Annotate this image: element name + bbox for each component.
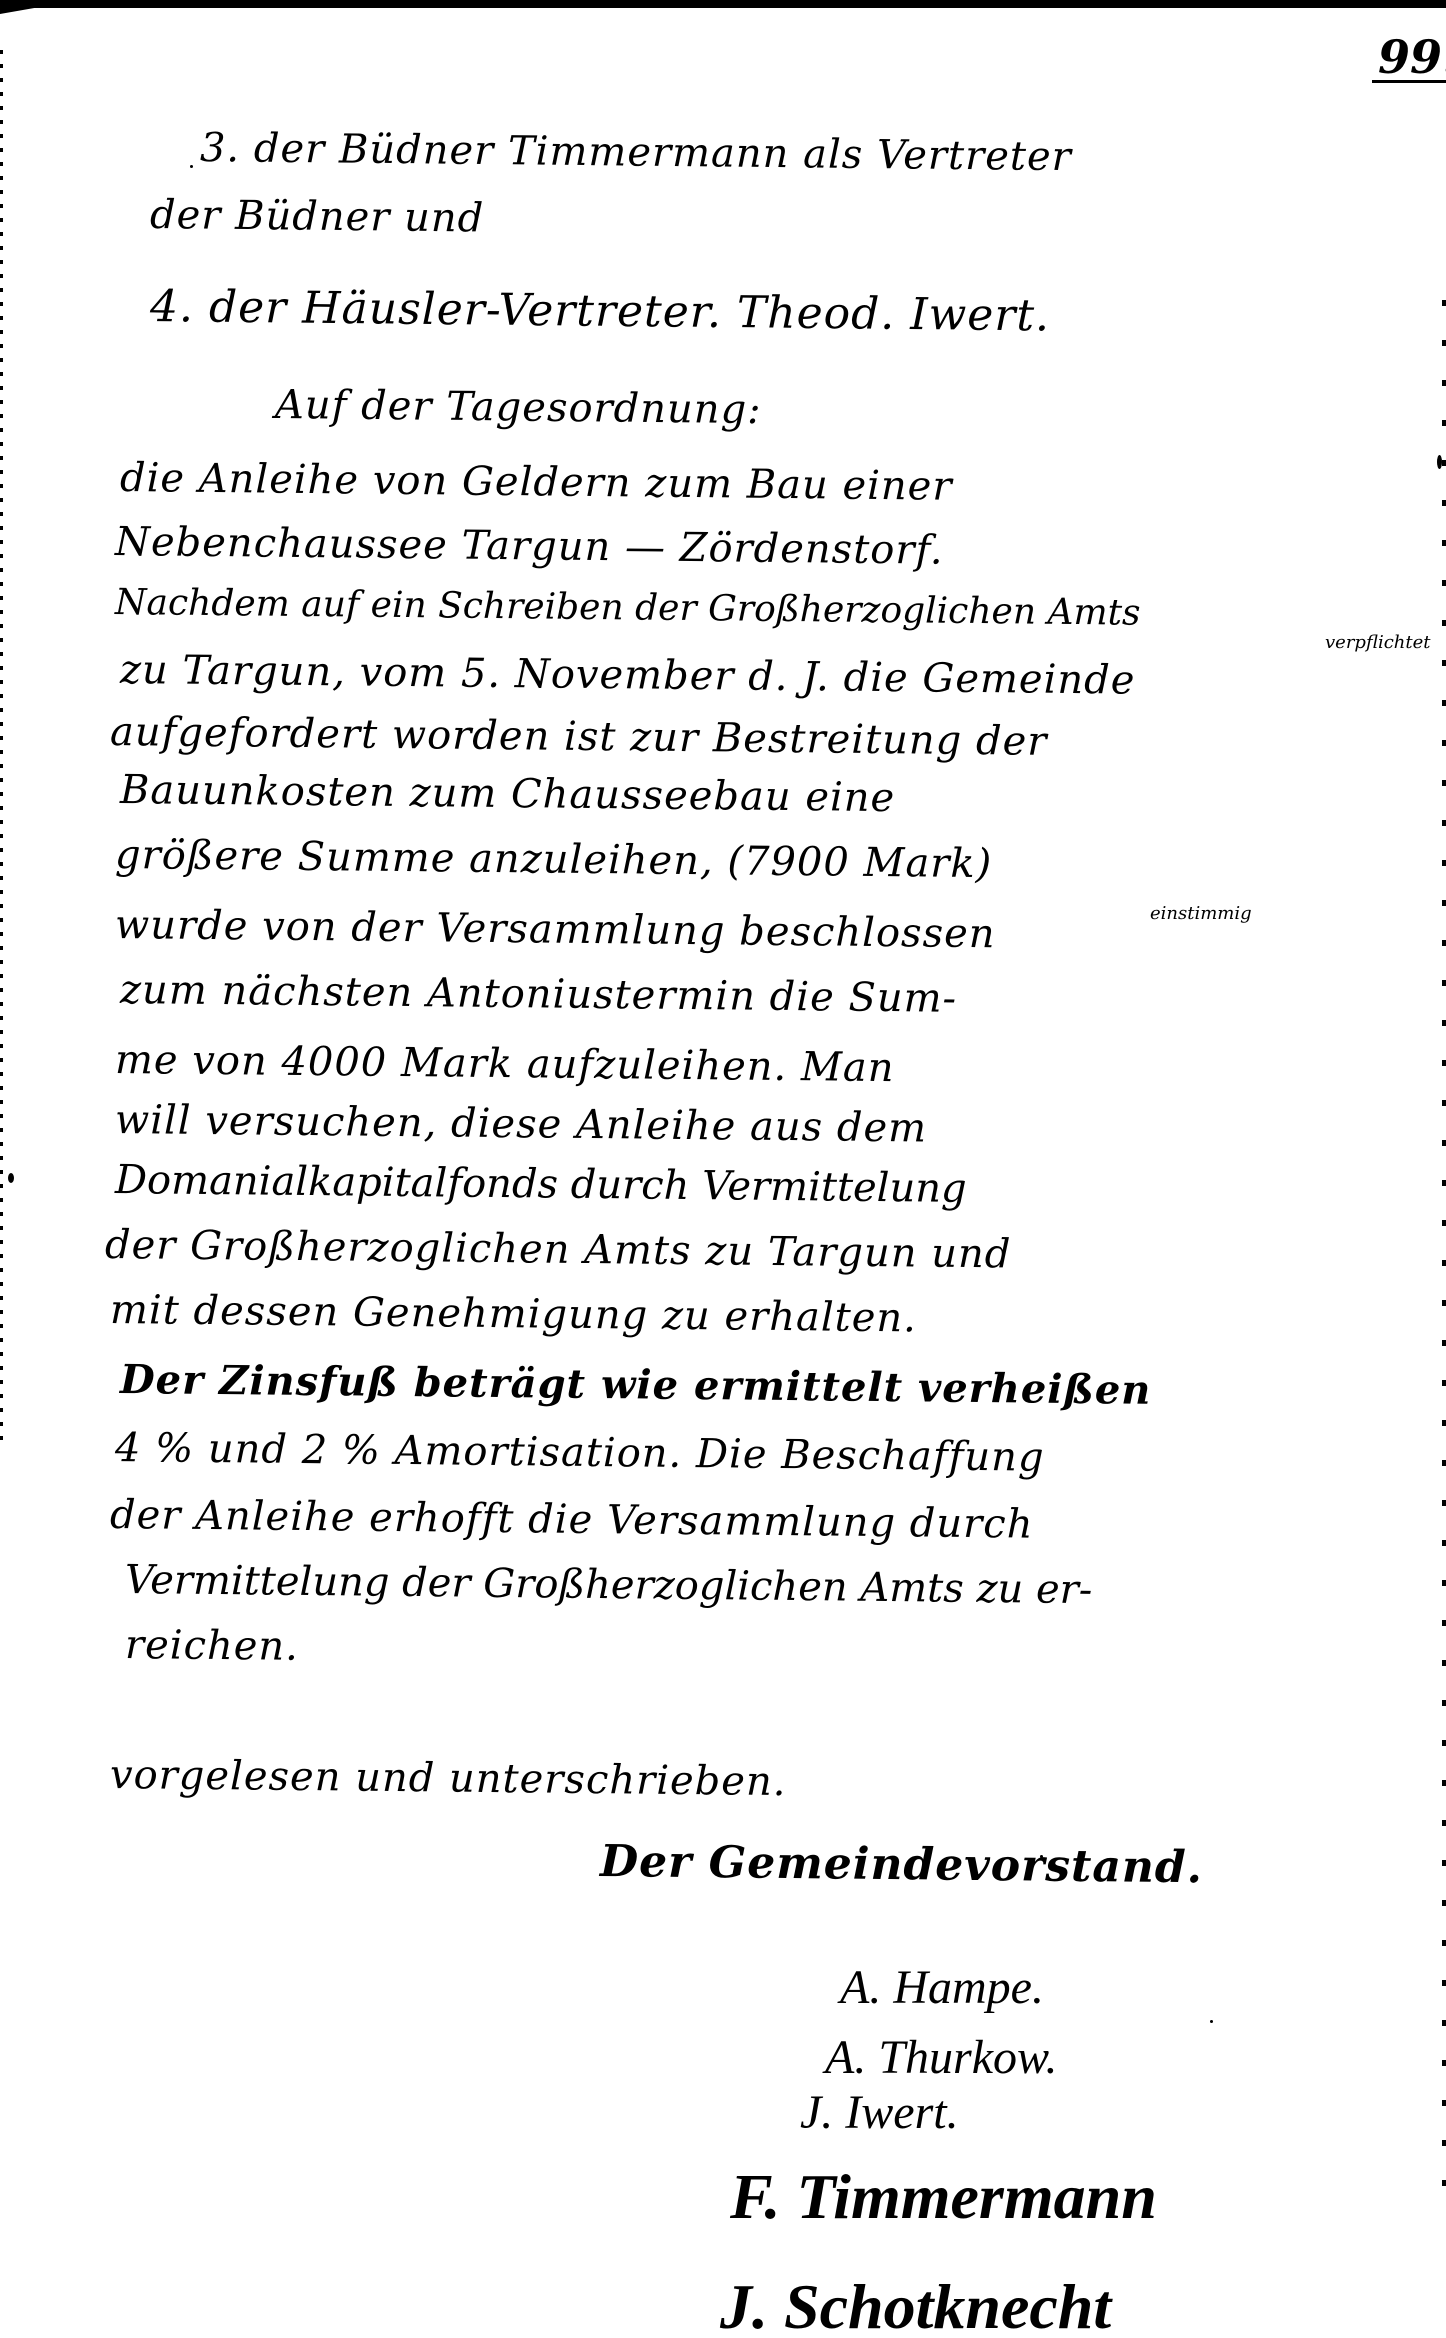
text-line-10: Bauunkosten zum Chausseebau eine [120, 770, 896, 818]
text-line-9: aufgefordert worden ist zur Bestreitung … [110, 712, 1048, 762]
signature-thurkow: A. Thurkow. [825, 2030, 1057, 2085]
text-line-12: wurde von der Versammlung beschlossen [115, 905, 996, 954]
text-line-11: größere Summe anzuleihen, (7900 Mark) [115, 835, 993, 884]
page-number-underline [1372, 80, 1446, 83]
scan-speck [1437, 455, 1442, 469]
page-number: 99. [1378, 30, 1446, 84]
interlinear-note-2: einstimmig [1150, 903, 1252, 924]
text-line-14: me von 4000 Mark aufzuleihen. Man [115, 1040, 895, 1088]
scan-corner-shadow [0, 0, 80, 14]
text-line-7: Nachdem auf ein Schreiben der Großherzog… [115, 585, 1141, 632]
scan-right-edge [1442, 300, 1446, 2200]
text-line-21: der Anleihe erhofft die Versammlung durc… [110, 1495, 1034, 1545]
text-line-22: Vermittelung der Großherzoglichen Amts z… [125, 1560, 1093, 1610]
text-line-19: Der Zinsfuß beträgt wie ermittelt verhei… [120, 1360, 1152, 1411]
text-line-23: reichen. [125, 1625, 299, 1667]
text-line-16: Domanialkapitalfonds durch Vermittelung [115, 1160, 967, 1209]
scan-speck [1210, 2020, 1213, 2023]
text-line-8: zu Targun, vom 5. November d. J. die Gem… [120, 650, 1136, 701]
text-line-1: 3. der Büdner Timmermann als Vertreter [200, 128, 1072, 177]
closing-formula: vorgelesen und unterschrieben. [110, 1755, 787, 1802]
scan-speck [190, 165, 193, 168]
signature-schotknecht: J. Schotknecht [720, 2270, 1111, 2338]
signature-timmermann: F. Timmermann [730, 2160, 1157, 2234]
text-line-15: will versuchen, diese Anleihe aus dem [115, 1100, 928, 1149]
text-line-2: der Büdner und [150, 195, 485, 238]
signature-header: Der Gemeindevorstand. [600, 1840, 1203, 1890]
agenda-heading: Auf der Tagesordnung: [275, 385, 762, 430]
text-line-5: die Anleihe von Geldern zum Bau einer [120, 458, 953, 507]
scan-top-edge [0, 0, 1446, 8]
scan-left-edge [0, 50, 3, 1450]
signature-hampe: A. Hampe. [840, 1960, 1044, 2015]
text-line-6: Nebenchaussee Targun — Zördenstorf. [115, 522, 944, 571]
text-line-17: der Großherzoglichen Amts zu Targun und [105, 1225, 1012, 1274]
text-line-13: zum nächsten Antoniustermin die Sum- [120, 970, 957, 1019]
scan-speck [1040, 1855, 1043, 1858]
interlinear-note-1: verpflichtet [1325, 632, 1431, 653]
text-line-18: mit dessen Genehmigung zu erhalten. [110, 1290, 917, 1338]
text-line-3: 4. der Häusler-Vertreter. Theod. Iwert. [150, 285, 1051, 338]
scan-speck [8, 1173, 14, 1183]
signature-iwert: J. Iwert. [800, 2085, 959, 2140]
text-line-20: 4 % und 2 % Amortisation. Die Beschaffun… [115, 1428, 1045, 1478]
